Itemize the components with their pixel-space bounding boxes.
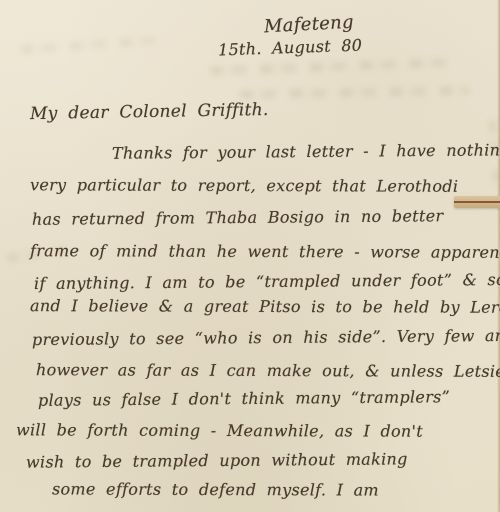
letter-line: some efforts to defend myself. I am	[52, 478, 379, 501]
letter-line: will be forth coming - Meanwhile, as I d…	[16, 419, 423, 442]
letter-line: frame of mind than he went there - worse…	[30, 240, 500, 264]
letter-page: Mafeteng 15th. August 80 My dear Colonel…	[0, 0, 500, 512]
letter-body: Thanks for your last letter - I have not…	[0, 0, 500, 512]
letter-line: however as far as I can make out, & unle…	[36, 359, 500, 383]
letter-line: previously to see “who is on his side”. …	[32, 325, 500, 351]
letter-line: very particular to report, except that L…	[30, 174, 458, 197]
letter-line: plays us false I don't think many “tramp…	[38, 386, 450, 412]
letter-line: and I believe & a great Pitso is to be h…	[30, 295, 500, 319]
letter-line: Thanks for your last letter - I have not…	[112, 139, 500, 164]
letter-line: if anything. I am to be “trampled under …	[34, 269, 500, 295]
letter-line: has returned from Thaba Bosigo in no bet…	[32, 205, 444, 231]
letter-line: wish to be trampled upon without making	[26, 448, 408, 473]
